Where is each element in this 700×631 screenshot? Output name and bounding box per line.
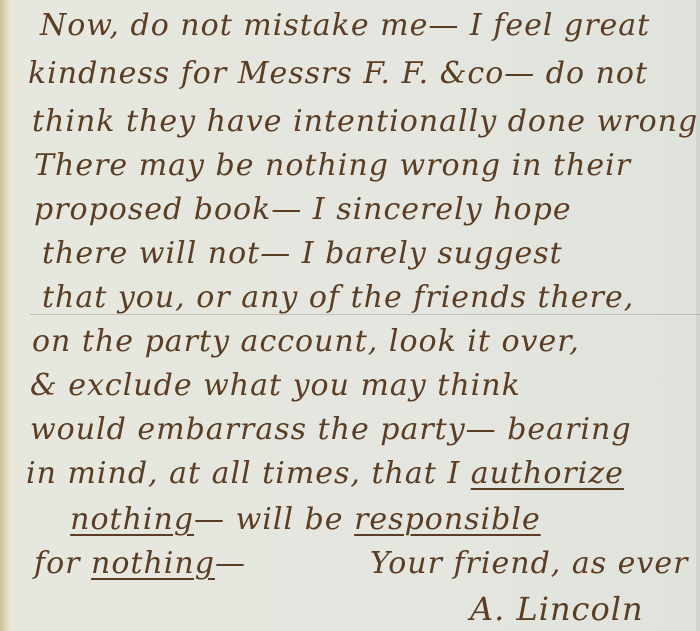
letter-line-5: proposed book— I sincerely hope: [34, 192, 572, 227]
letter-line-11: in mind, at all times, that I authorize: [26, 456, 624, 491]
letter-signature: A. Lincoln: [470, 590, 644, 628]
letter-line-6: there will not— I barely suggest: [42, 236, 563, 271]
letter-line-4: There may be nothing wrong in their: [34, 148, 631, 183]
letter-line-10: would embarrass the party— bearing: [30, 412, 632, 447]
underlined-word-responsible: responsible: [354, 502, 541, 537]
letter-page: Now, do not mistake me— I feel great kin…: [0, 0, 700, 631]
letter-line-7: that you, or any of the friends there,: [42, 280, 634, 315]
letter-line-3: think they have intentionally done wrong…: [32, 104, 700, 139]
line-text: for: [34, 546, 91, 581]
line-text: [28, 502, 70, 537]
line-text: —: [215, 546, 246, 581]
letter-line-8: on the party account, look it over,: [32, 324, 580, 359]
letter-line-9: & exclude what you may think: [30, 368, 521, 403]
letter-line-13: for nothing—: [34, 546, 246, 581]
letter-line-2: kindness for Messrs F. F. &co— do not: [28, 56, 648, 91]
paper-right-edge: [696, 0, 700, 631]
letter-closing: Your friend, as ever: [370, 546, 688, 581]
underlined-word-nothing-2: nothing: [91, 546, 215, 581]
line-text: in mind, at all times, that I: [26, 456, 471, 491]
underlined-word-nothing: nothing: [70, 502, 194, 537]
paper-left-edge: [0, 0, 10, 631]
letter-line-1: Now, do not mistake me— I feel great: [40, 8, 650, 43]
line-text: — will be: [194, 502, 354, 537]
letter-line-12: nothing— will be responsible: [28, 502, 541, 537]
underlined-word-authorize: authorize: [471, 456, 624, 491]
